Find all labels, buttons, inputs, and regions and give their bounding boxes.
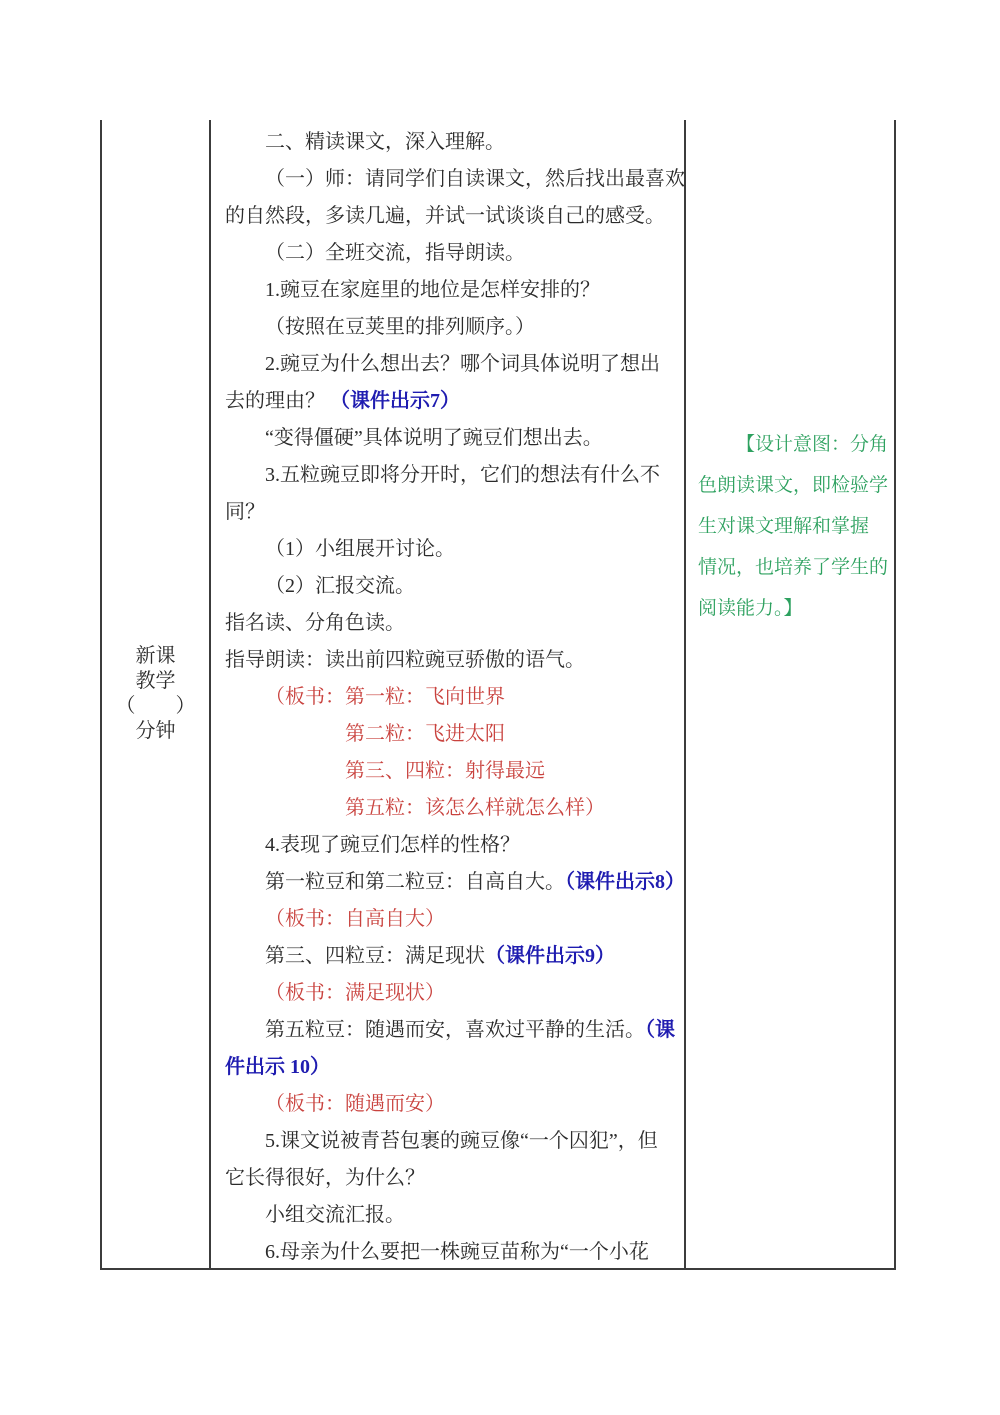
text-line: 第五粒：该怎么样就怎么样） [225,790,684,827]
design-intent-line: 情况，也培养了学生的 [698,547,888,588]
text-segment: 小组交流汇报。 [265,1204,405,1226]
text-line: 第一粒豆和第二粒豆：自高自大。（课件出示8） [225,864,684,901]
text-segment: 5.课文说被青苔包裹的豌豆像“一个囚犯”，但 [265,1130,658,1152]
stage-label-line: 新课 [116,644,196,669]
text-segment: 第三、四粒豆：满足现状 [265,945,485,967]
teaching-steps-column: 二、精读课文，深入理解。（一）师：请同学们自读课文，然后找出最喜欢的自然段，多读… [209,120,684,1268]
stage-label-line: 教学 [116,669,196,694]
blue-text-segment: （课件出示8） [565,871,684,893]
text-segment: 去的理由？ [225,390,330,412]
red-text-segment: 第五粒：该怎么样就怎么样） [345,797,605,819]
text-segment: 第五粒豆：随遇而安，喜欢过平静的生活。 [265,1019,645,1041]
text-segment: （按照在豆荚里的排列顺序。） [265,316,535,338]
text-line: （板书：第一粒：飞向世界 [225,679,684,716]
text-line: （1）小组展开讨论。 [225,531,684,568]
text-segment: （2）汇报交流。 [265,575,415,597]
lesson-plan-table: 新课教学（ ）分钟 二、精读课文，深入理解。（一）师：请同学们自读课文，然后找出… [100,120,896,1270]
text-line: 指名读、分角色读。 [225,605,684,642]
text-segment: （一）师：请同学们自读课文，然后找出最喜欢 [265,168,684,190]
red-text-segment: （板书：自高自大） [265,908,445,930]
red-text-segment: （板书：随遇而安） [265,1093,445,1115]
text-line: 指导朗读：读出前四粒豌豆骄傲的语气。 [225,642,684,679]
text-segment: （1）小组展开讨论。 [265,538,455,560]
text-line: 件出示 10） [225,1049,684,1086]
blue-text-segment: （课件出示9） [485,945,615,967]
blue-text-segment: （课件出示7） [330,390,460,412]
text-line: （二）全班交流，指导朗读。 [225,235,684,272]
design-intent-line: 阅读能力。】 [698,588,888,629]
text-segment: 1.豌豆在家庭里的地位是怎样安排的？ [265,279,600,301]
text-line: “变得僵硬”具体说明了豌豆们想出去。 [225,420,684,457]
text-line: （板书：自高自大） [225,901,684,938]
text-line: 第二粒：飞进太阳 [225,716,684,753]
text-line: （一）师：请同学们自读课文，然后找出最喜欢 [225,161,684,198]
text-line: 1.豌豆在家庭里的地位是怎样安排的？ [225,272,684,309]
text-segment: 第一粒豆和第二粒豆：自高自大。 [265,871,565,893]
stage-label-line: 分钟 [116,719,196,744]
text-segment: 同？ [225,501,265,523]
text-line: 3.五粒豌豆即将分开时，它们的想法有什么不 [225,457,684,494]
text-line: 5.课文说被青苔包裹的豌豆像“一个囚犯”，但 [225,1123,684,1160]
red-text-segment: （板书：满足现状） [265,982,445,1004]
text-segment: （二）全班交流，指导朗读。 [265,242,525,264]
stage-column: 新课教学（ ）分钟 [100,120,209,1268]
text-segment: 4.表现了豌豆们怎样的性格？ [265,834,520,856]
text-line: 二、精读课文，深入理解。 [225,124,684,161]
design-intent-line: 色朗读课文，即检验学 [698,465,888,506]
blue-text-segment: 件出示 10） [225,1056,330,1078]
design-intent-line: 【设计意图：分角 [698,424,888,465]
design-intent-column: 【设计意图：分角色朗读课文，即检验学生对课文理解和掌握情况，也培养了学生的阅读能… [684,120,896,1268]
text-segment: 指名读、分角色读。 [225,612,405,634]
text-line: 2.豌豆为什么想出去？哪个词具体说明了想出 [225,346,684,383]
stage-label: 新课教学（ ）分钟 [116,644,196,744]
text-line: （2）汇报交流。 [225,568,684,605]
text-segment: 二、精读课文，深入理解。 [265,131,505,153]
text-line: 4.表现了豌豆们怎样的性格？ [225,827,684,864]
text-line: 去的理由？ （课件出示7） [225,383,684,420]
text-line: 它长得很好，为什么？ [225,1160,684,1197]
text-segment: 2.豌豆为什么想出去？哪个词具体说明了想出 [265,353,660,375]
text-line: 6.母亲为什么要把一株豌豆苗称为“一个小花 [225,1234,684,1268]
text-line: 小组交流汇报。 [225,1197,684,1234]
stage-label-line: （ ） [116,694,196,719]
text-line: （板书：随遇而安） [225,1086,684,1123]
text-segment: 指导朗读：读出前四粒豌豆骄傲的语气。 [225,649,585,671]
design-intent-line: 生对课文理解和掌握 [698,506,888,547]
text-line: 第三、四粒：射得最远 [225,753,684,790]
text-segment: 它长得很好，为什么？ [225,1167,425,1189]
text-line: （按照在豆荚里的排列顺序。） [225,309,684,346]
red-text-segment: 第三、四粒：射得最远 [345,760,545,782]
text-line: 第五粒豆：随遇而安，喜欢过平静的生活。（课 [225,1012,684,1049]
blue-text-segment: （课 [645,1019,675,1041]
text-line: 的自然段，多读几遍，并试一试谈谈自己的感受。 [225,198,684,235]
text-segment: “变得僵硬”具体说明了豌豆们想出去。 [265,427,603,449]
text-segment: 的自然段，多读几遍，并试一试谈谈自己的感受。 [225,205,665,227]
text-segment: 6.母亲为什么要把一株豌豆苗称为“一个小花 [265,1241,649,1263]
text-line: 第三、四粒豆：满足现状（课件出示9） [225,938,684,975]
text-line: 同？ [225,494,684,531]
text-line: （板书：满足现状） [225,975,684,1012]
red-text-segment: 第二粒：飞进太阳 [345,723,505,745]
red-text-segment: （板书：第一粒：飞向世界 [265,686,505,708]
text-segment: 3.五粒豌豆即将分开时，它们的想法有什么不 [265,464,660,486]
